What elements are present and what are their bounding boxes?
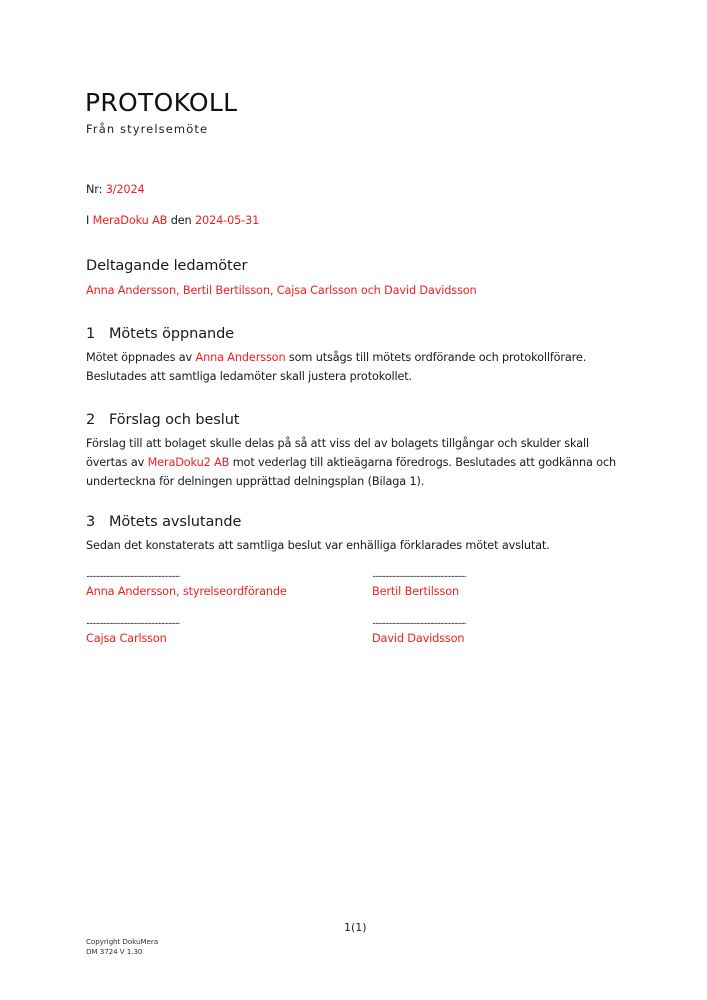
page-number: 1(1) — [344, 921, 367, 934]
protocol-number-value: 3/2024 — [106, 183, 145, 196]
signature-line-1: ........................................… — [86, 570, 179, 580]
signature-line-4: ........................................… — [372, 617, 465, 627]
signature-name-3: Cajsa Carlsson — [86, 632, 167, 645]
acquiring-company: MeraDoku2 AB — [148, 456, 230, 469]
text-span: Mötet öppnades av — [86, 351, 196, 364]
section-1-number: 1 — [86, 326, 109, 342]
signature-name-2: Bertil Bertilsson — [372, 585, 459, 598]
protocol-number-label: Nr: — [86, 183, 106, 196]
section-2-line-2: övertas av MeraDoku2 AB mot vederlag til… — [86, 453, 616, 472]
section-1-heading: 1Mötets öppnande — [86, 326, 234, 342]
footer-copyright: Copyright DokuMera — [86, 937, 158, 947]
section-2-line-1: Förslag till att bolaget skulle delas på… — [86, 434, 616, 453]
signature-line-2: ........................................… — [372, 570, 465, 580]
section-1-line-1: Mötet öppnades av Anna Andersson som uts… — [86, 348, 586, 367]
section-2-body: Förslag till att bolaget skulle delas på… — [86, 434, 616, 491]
section-2-line-3: underteckna för delningen upprättad deln… — [86, 472, 616, 491]
section-1-title: Mötets öppnande — [109, 326, 234, 342]
signature-name-1: Anna Andersson, styrelseordförande — [86, 585, 287, 598]
meeting-place-date: I MeraDoku AB den 2024-05-31 — [86, 211, 259, 230]
document-title: PROTOKOLL — [85, 88, 237, 117]
section-1-body: Mötet öppnades av Anna Andersson som uts… — [86, 348, 586, 386]
company-name: MeraDoku AB — [93, 214, 168, 227]
text-span: mot vederlag till aktieägarna föredrogs.… — [229, 456, 616, 469]
section-2-number: 2 — [86, 412, 109, 428]
signature-line-3: ........................................… — [86, 617, 179, 627]
footer: Copyright DokuMera DM 3724 V 1.30 — [86, 937, 158, 957]
section-3-heading: 3Mötets avslutande — [86, 514, 241, 530]
section-3-title: Mötets avslutande — [109, 514, 241, 530]
participants-heading: Deltagande ledamöter — [86, 258, 247, 274]
document-subtitle: Från styrelsemöte — [86, 122, 208, 136]
meeting-date: 2024-05-31 — [195, 214, 259, 227]
footer-version: DM 3724 V 1.30 — [86, 947, 158, 957]
document-page: PROTOKOLL Från styrelsemöte Nr: 3/2024 I… — [0, 0, 707, 1000]
place-prefix: I — [86, 214, 93, 227]
chair-name: Anna Andersson — [196, 351, 286, 364]
signature-name-4: David Davidsson — [372, 632, 464, 645]
section-2-heading: 2Förslag och beslut — [86, 412, 239, 428]
text-span: övertas av — [86, 456, 148, 469]
date-prefix: den — [167, 214, 195, 227]
section-2-title: Förslag och beslut — [109, 412, 239, 428]
protocol-number: Nr: 3/2024 — [86, 180, 145, 199]
section-3-number: 3 — [86, 514, 109, 530]
text-span: som utsågs till mötets ordförande och pr… — [285, 351, 586, 364]
section-1-line-2: Beslutades att samtliga ledamöter skall … — [86, 367, 586, 386]
participants-list: Anna Andersson, Bertil Bertilsson, Cajsa… — [86, 281, 477, 300]
section-3-body: Sedan det konstaterats att samtliga besl… — [86, 536, 550, 555]
